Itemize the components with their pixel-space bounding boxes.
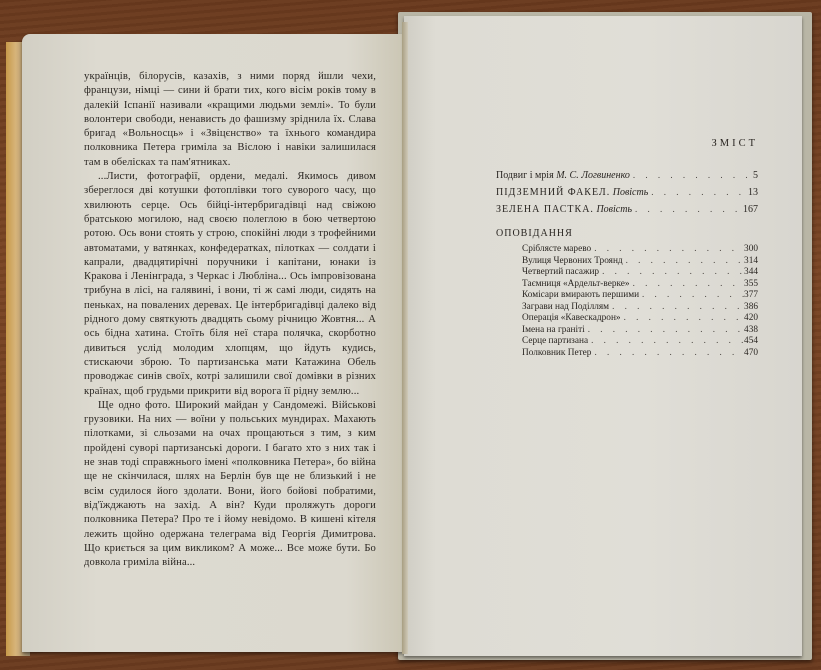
story-title: Сріблясте марево xyxy=(522,244,591,255)
story-title: Полковник Петер xyxy=(522,348,591,359)
stories-list: Сріблясте марево. . . . . . . . . . . . … xyxy=(496,243,758,358)
page-number: 300 xyxy=(744,244,758,255)
entry-title: ЗЕЛЕНА ПАСТКА. xyxy=(496,204,594,215)
toc-entry: ЗЕЛЕНА ПАСТКА. Повість . . . . . . . . .… xyxy=(496,201,758,218)
leader-dots: . . . . . . . . . . . . . . . . . . . . … xyxy=(591,243,744,254)
leader-dots: . . . . . . . . . . . . . . . . . . . . … xyxy=(621,312,744,323)
story-entry: Комісари вмирають першими. . . . . . . .… xyxy=(522,289,758,301)
page-number: 344 xyxy=(744,267,758,278)
page-number: 167 xyxy=(743,202,758,218)
leader-dots: . . . . . . . . . . . . . . . . . . . . … xyxy=(599,266,744,277)
entry-genre: Повість xyxy=(613,187,649,198)
story-entry: Таємниця «Ардельт-верке». . . . . . . . … xyxy=(522,278,758,290)
section-heading: ОПОВІДАННЯ xyxy=(496,228,758,239)
leader-dots: . . . . . . . . . . . . . . . . . . . . … xyxy=(588,335,744,346)
entry-title: Подвиг і мрія xyxy=(496,170,554,181)
story-entry: Полковник Петер. . . . . . . . . . . . .… xyxy=(522,347,758,359)
story-title: Операція «Кавескадрон» xyxy=(522,313,621,324)
paragraph: Ще одно фото. Широкий майдан у Сандомежі… xyxy=(84,399,376,571)
entry-author: М. С. Логвиненко xyxy=(556,170,630,181)
page-number: 420 xyxy=(744,313,758,324)
book-gutter xyxy=(402,22,408,654)
story-title: Вулиця Червоних Троянд xyxy=(522,256,623,267)
leader-dots: . . . . . . . . . . . . . . . . . . . . … xyxy=(630,167,753,183)
page-number: 438 xyxy=(744,325,758,336)
page-number: 454 xyxy=(744,336,758,347)
story-entry: Заграви над Поділлям. . . . . . . . . . … xyxy=(522,301,758,313)
leader-dots: . . . . . . . . . . . . . . . . . . . . … xyxy=(632,201,743,217)
page-number: 377 xyxy=(744,290,758,301)
story-title: Таємниця «Ардельт-верке» xyxy=(522,279,630,290)
story-title: Серце партизана xyxy=(522,336,588,347)
leader-dots: . . . . . . . . . . . . . . . . . . . . … xyxy=(591,347,744,358)
story-entry: Імена на граніті. . . . . . . . . . . . … xyxy=(522,324,758,336)
story-title: Імена на граніті xyxy=(522,325,585,336)
story-entry: Серце партизана. . . . . . . . . . . . .… xyxy=(522,335,758,347)
leader-dots: . . . . . . . . . . . . . . . . . . . . … xyxy=(585,324,744,335)
page-number: 386 xyxy=(744,302,758,313)
story-title: Четвертий пасажир xyxy=(522,267,599,278)
entry-title: ПІДЗЕМНИЙ ФАКЕЛ. xyxy=(496,187,610,198)
story-entry: Сріблясте марево. . . . . . . . . . . . … xyxy=(522,243,758,255)
toc-entry: ПІДЗЕМНИЙ ФАКЕЛ. Повість . . . . . . . .… xyxy=(496,184,758,201)
page-number: 5 xyxy=(753,168,758,184)
entry-genre: Повість xyxy=(596,204,632,215)
story-entry: Операція «Кавескадрон». . . . . . . . . … xyxy=(522,312,758,324)
leader-dots: . . . . . . . . . . . . . . . . . . . . … xyxy=(623,255,744,266)
leader-dots: . . . . . . . . . . . . . . . . . . . . … xyxy=(648,184,748,200)
story-title: Комісари вмирають першими xyxy=(522,290,639,301)
page-number: 355 xyxy=(744,279,758,290)
table-of-contents: ЗМІСТ Подвиг і мрія М. С. Логвиненко . .… xyxy=(496,138,758,358)
paragraph: ...Листи, фотографії, ордени, медалі. Як… xyxy=(84,170,376,399)
toc-entry: Подвиг і мрія М. С. Логвиненко . . . . .… xyxy=(496,167,758,184)
leader-dots: . . . . . . . . . . . . . . . . . . . . … xyxy=(639,289,744,300)
page-number: 13 xyxy=(748,185,758,201)
left-page-text: українців, білорусів, казахів, з ними по… xyxy=(84,70,376,570)
leader-dots: . . . . . . . . . . . . . . . . . . . . … xyxy=(630,278,744,289)
story-entry: Четвертий пасажир. . . . . . . . . . . .… xyxy=(522,266,758,278)
toc-title: ЗМІСТ xyxy=(496,138,758,149)
paragraph: українців, білорусів, казахів, з ними по… xyxy=(84,70,376,170)
story-title: Заграви над Поділлям xyxy=(522,302,609,313)
page-number: 470 xyxy=(744,348,758,359)
story-entry: Вулиця Червоних Троянд. . . . . . . . . … xyxy=(522,255,758,267)
page-number: 314 xyxy=(744,256,758,267)
leader-dots: . . . . . . . . . . . . . . . . . . . . … xyxy=(609,301,744,312)
